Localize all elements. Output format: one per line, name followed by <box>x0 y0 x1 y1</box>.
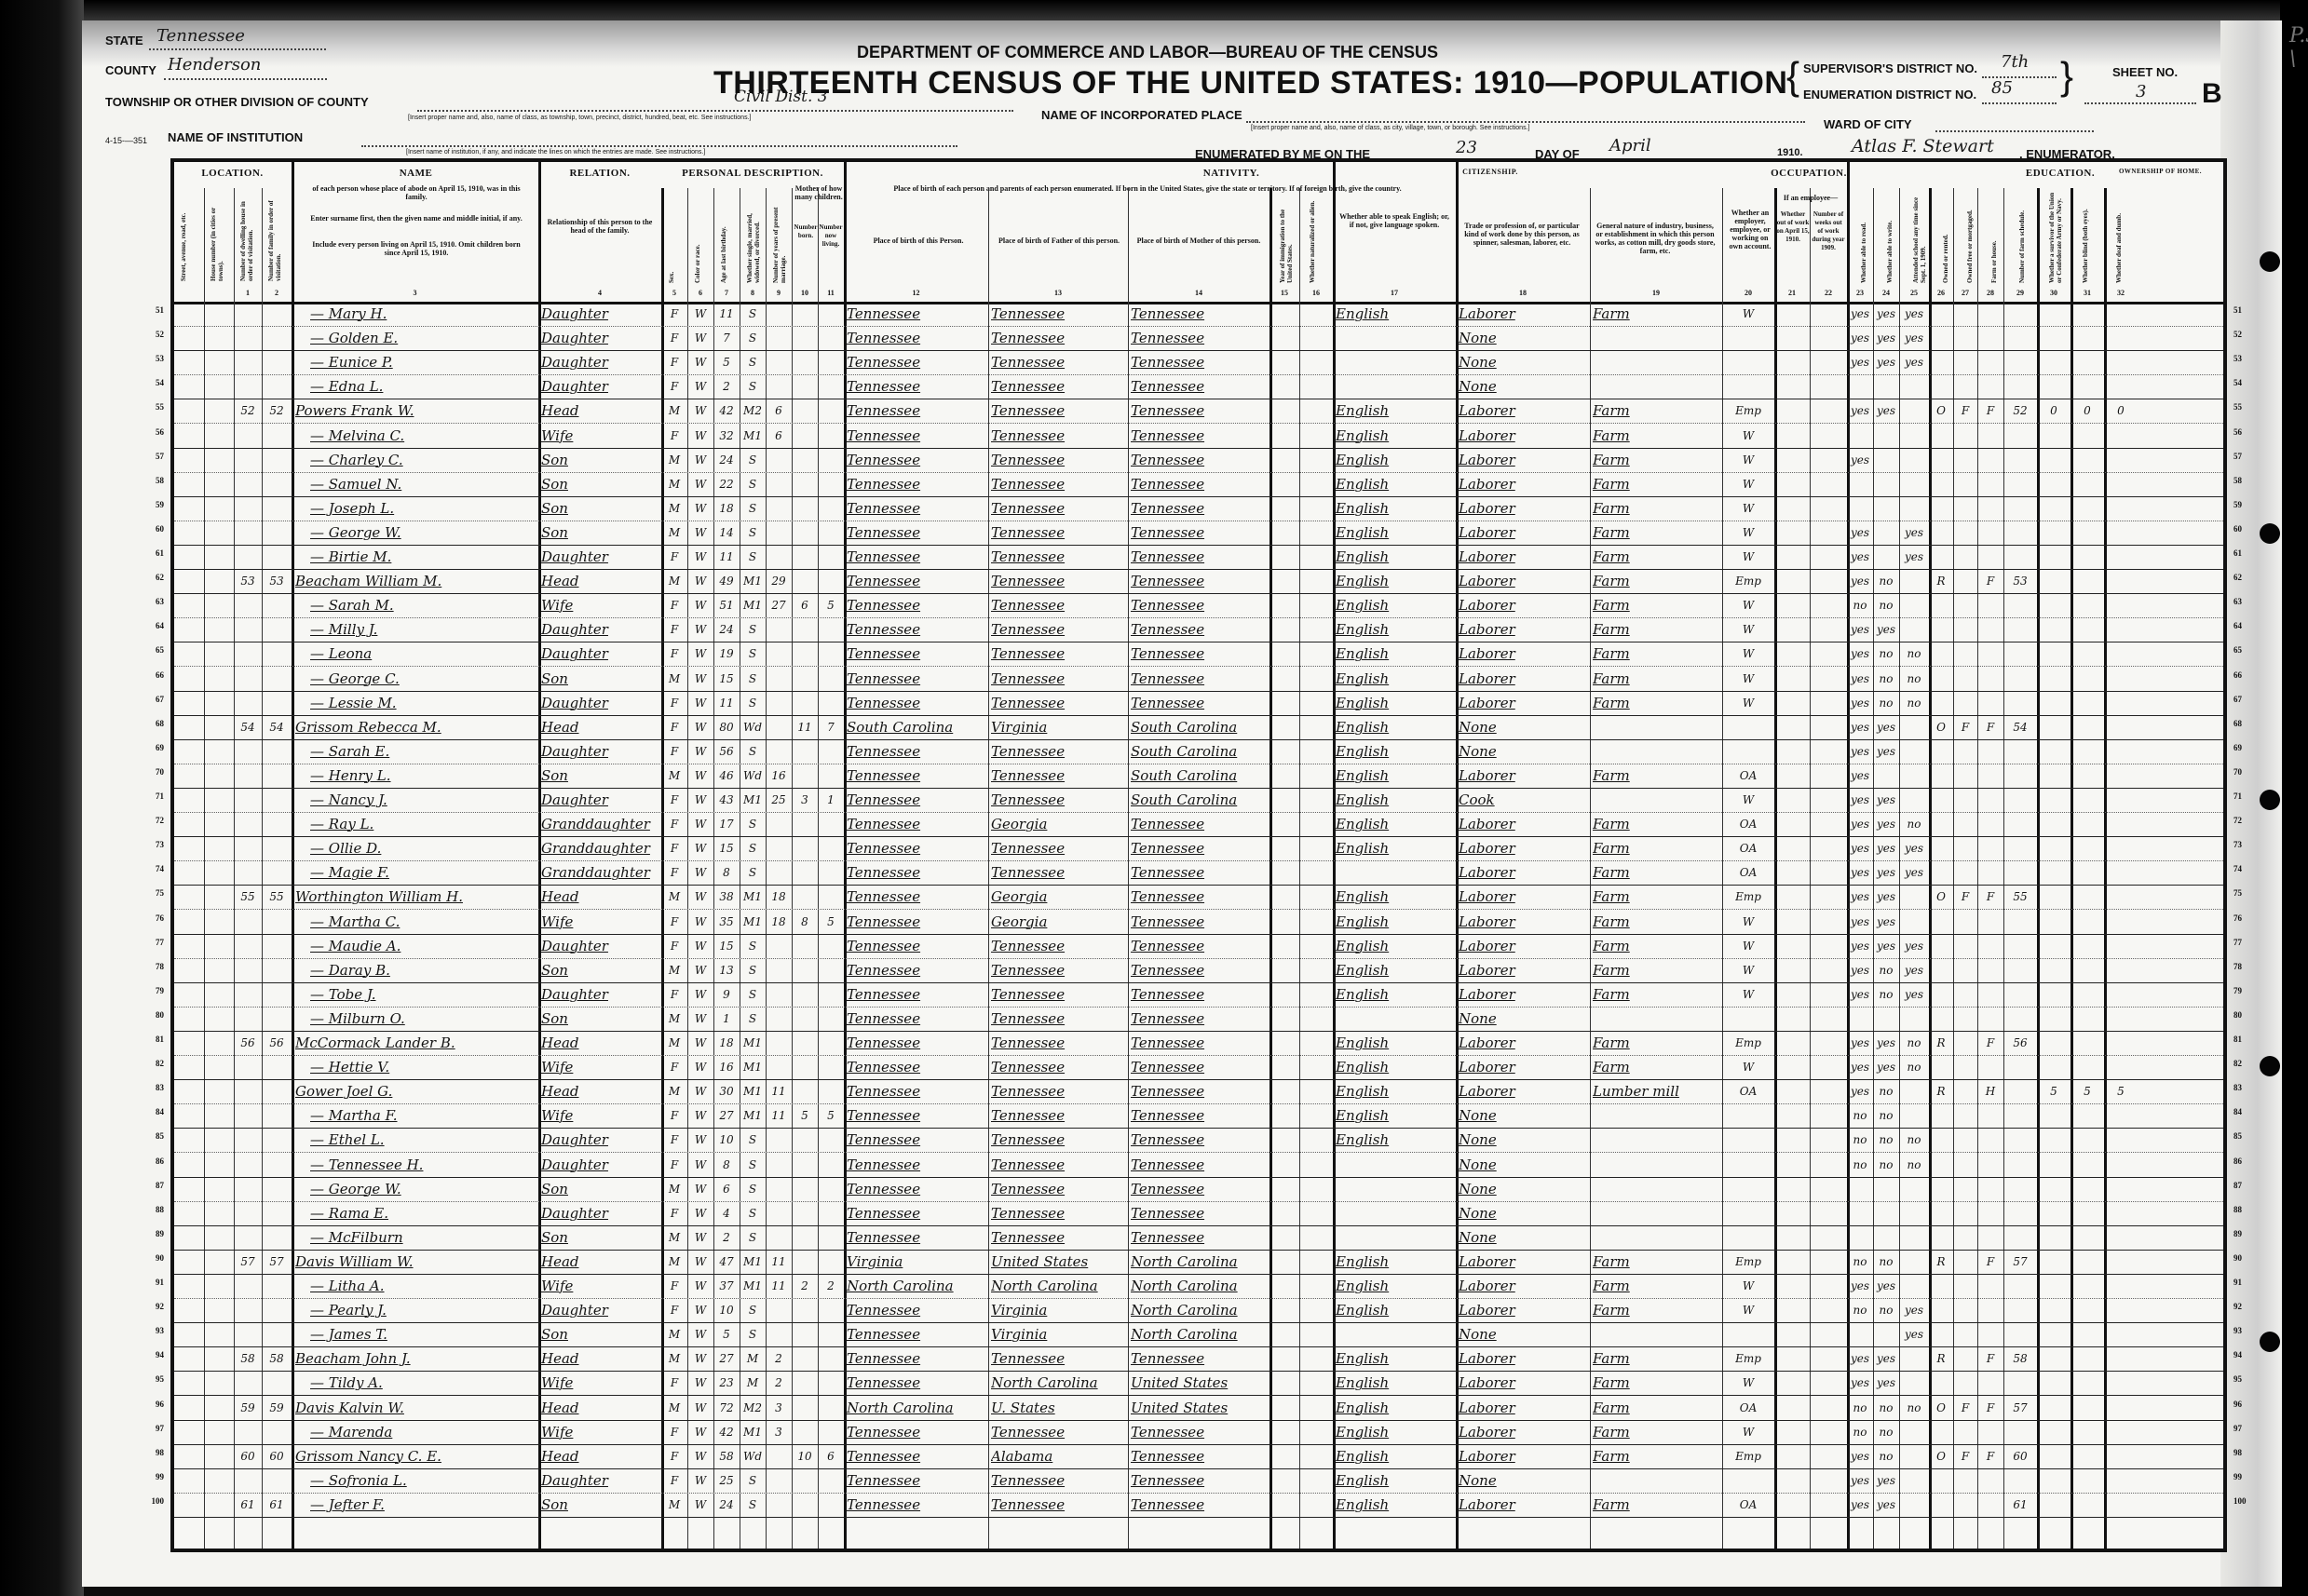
cell-relation: Son <box>541 960 658 981</box>
cell-name: Beacham John J. <box>295 1348 520 1369</box>
cell-yrs: 29 <box>768 571 789 591</box>
line-number: 91 <box>2233 1278 2258 1287</box>
cell-industry: Farm <box>1593 1398 1719 1418</box>
cell-age: 11 <box>716 693 737 713</box>
table-row: — Birtie M.DaughterFW11STennesseeTenness… <box>174 545 2223 570</box>
table-row: — Eunice P.DaughterFW5STennesseeTennesse… <box>174 350 2223 375</box>
cell-bpf: Tennessee <box>991 1057 1125 1077</box>
column-number: 19 <box>1590 289 1722 297</box>
cell-family: 56 <box>265 1033 289 1053</box>
column-number: 18 <box>1456 289 1590 297</box>
cell-sched: 61 <box>2006 1495 2034 1515</box>
cell-bpf: Virginia <box>991 717 1125 737</box>
cell-bp: Tennessee <box>847 571 985 591</box>
line-number: 86 <box>2233 1156 2258 1166</box>
cell-lang: English <box>1336 1348 1453 1369</box>
table-row: — Maudie A.DaughterFW15STennesseeTenness… <box>174 934 2223 959</box>
table-row: — Rama E.DaughterFW4STennesseeTennesseeT… <box>174 1201 2223 1226</box>
line-number: 62 <box>140 573 164 582</box>
cell-color: W <box>690 912 711 932</box>
incorporated-place-line <box>1246 121 1805 123</box>
line-number: 89 <box>2233 1229 2258 1238</box>
cell-name: — Sarah E. <box>310 741 535 762</box>
line-number: 53 <box>140 354 164 363</box>
cell-age: 27 <box>716 1348 737 1369</box>
cell-bp: Tennessee <box>847 1129 985 1150</box>
cell-trade: None <box>1459 328 1587 348</box>
cell-age: 35 <box>716 912 737 932</box>
cell-trade: None <box>1459 1470 1587 1491</box>
group-personal: Personal Description. <box>661 168 844 179</box>
line-number: 52 <box>2233 330 2258 339</box>
cell-yrs: 18 <box>768 886 789 907</box>
line-number: 88 <box>2233 1205 2258 1214</box>
cell-yrs: 11 <box>768 1081 789 1102</box>
cell-bp: Tennessee <box>847 765 985 786</box>
cell-bpf: Tennessee <box>991 1008 1125 1029</box>
cell-marital: M1 <box>742 1033 763 1053</box>
table-row: — Milly J.DaughterFW24STennesseeTennesse… <box>174 617 2223 642</box>
cell-living: 7 <box>821 717 841 737</box>
table-row: 5454Grissom Rebecca M.HeadFW80Wd117South… <box>174 715 2223 740</box>
cell-lang: English <box>1336 1251 1453 1272</box>
enumeration-label: Enumeration District No. <box>1803 88 1976 101</box>
cell-bpf: Virginia <box>991 1300 1125 1320</box>
line-number: 96 <box>2233 1400 2258 1409</box>
line-number: 98 <box>2233 1448 2258 1457</box>
cell-age: 15 <box>716 838 737 859</box>
cell-read: yes <box>1850 717 1870 737</box>
cell-lang: English <box>1336 984 1453 1005</box>
cell-own: R <box>1932 1348 1950 1369</box>
cell-trade: None <box>1459 1155 1587 1175</box>
cell-color: W <box>690 1495 711 1515</box>
cell-bp: Tennessee <box>847 693 985 713</box>
table-row: — Tobe J.DaughterFW9STennesseeTennesseeT… <box>174 982 2223 1008</box>
cell-marital: M1 <box>742 790 763 810</box>
cell-read: yes <box>1850 1081 1870 1102</box>
cell-write: yes <box>1876 814 1896 834</box>
cell-name: — Tobe J. <box>310 984 535 1005</box>
cell-dwelling: 56 <box>237 1033 259 1053</box>
column-number: 25 <box>1899 289 1929 297</box>
cell-bpf: Georgia <box>991 912 1125 932</box>
line-number: 82 <box>2233 1059 2258 1068</box>
cell-bpm: Tennessee <box>1131 547 1267 567</box>
cell-own: O <box>1932 1398 1950 1418</box>
cell-age: 46 <box>716 765 737 786</box>
cell-age: 19 <box>716 643 737 664</box>
table-row: — Tildy A.WifeFW23M2TennesseeNorth Carol… <box>174 1371 2223 1396</box>
cell-color: W <box>690 1398 711 1418</box>
cell-relation: Daughter <box>541 352 658 372</box>
cell-marital: S <box>742 1324 763 1345</box>
cell-color: W <box>690 1155 711 1175</box>
line-number: 98 <box>140 1448 164 1457</box>
cell-school: no <box>1902 669 1926 689</box>
cell-bpf: Tennessee <box>991 1422 1125 1442</box>
cell-read: no <box>1850 1422 1870 1442</box>
cell-born: 8 <box>794 912 815 932</box>
column-number: 12 <box>844 289 988 297</box>
cell-trade: Laborer <box>1459 765 1587 786</box>
cell-bpm: Tennessee <box>1131 1470 1267 1491</box>
cell-lang: English <box>1336 717 1453 737</box>
cell-school: yes <box>1902 1324 1926 1345</box>
header-years-married: Number of years of present marriage. <box>772 190 787 283</box>
cell-marital: S <box>742 936 763 956</box>
cell-read: no <box>1850 1105 1870 1126</box>
cell-bpm: Tennessee <box>1131 643 1267 664</box>
cell-relation: Son <box>541 498 658 519</box>
header-birth-father: Place of birth of Father of this person. <box>994 237 1124 245</box>
line-number: 87 <box>140 1181 164 1190</box>
cell-sex: M <box>664 1179 685 1199</box>
cell-emp: W <box>1725 1422 1772 1442</box>
cell-write: no <box>1876 1398 1896 1418</box>
cell-sex: M <box>664 498 685 519</box>
cell-sex: F <box>664 984 685 1005</box>
cell-bpm: North Carolina <box>1131 1276 1267 1296</box>
cell-age: 43 <box>716 790 737 810</box>
cell-marital: M1 <box>742 595 763 615</box>
cell-bpm: Tennessee <box>1131 862 1267 883</box>
cell-write: yes <box>1876 741 1896 762</box>
cell-industry: Farm <box>1593 1446 1719 1467</box>
line-number: 88 <box>140 1205 164 1214</box>
cell-bpm: South Carolina <box>1131 790 1267 810</box>
line-number: 100 <box>140 1496 164 1506</box>
cell-marital: S <box>742 304 763 324</box>
line-number: 79 <box>140 986 164 995</box>
cell-bpf: Tennessee <box>991 450 1125 470</box>
cell-read: yes <box>1850 960 1870 981</box>
cell-born: 10 <box>794 1446 815 1467</box>
cell-bpf: Tennessee <box>991 1227 1125 1248</box>
table-row: — McFilburnSonMW2STennesseeTennesseeTenn… <box>174 1225 2223 1251</box>
cell-marital: M1 <box>742 1251 763 1272</box>
cell-yrs: 18 <box>768 912 789 932</box>
cell-lang: English <box>1336 790 1453 810</box>
cell-write: yes <box>1876 936 1896 956</box>
cell-lang: English <box>1336 886 1453 907</box>
cell-color: W <box>690 376 711 397</box>
township-label: Township or other division of county <box>105 95 369 109</box>
cell-bpm: Tennessee <box>1131 522 1267 543</box>
cell-bpf: Tennessee <box>991 765 1125 786</box>
line-number: 66 <box>140 670 164 680</box>
cell-bpm: South Carolina <box>1131 765 1267 786</box>
cell-bpm: Tennessee <box>1131 669 1267 689</box>
enumeration-value: 85 <box>1991 78 2013 98</box>
cell-relation: Daughter <box>541 984 658 1005</box>
cell-sex: F <box>664 1129 685 1150</box>
cell-read: yes <box>1850 1373 1870 1393</box>
cell-school: yes <box>1902 862 1926 883</box>
cell-sex: F <box>664 1276 685 1296</box>
cell-trade: None <box>1459 1203 1587 1224</box>
cell-read: yes <box>1850 1033 1870 1053</box>
line-number: 94 <box>2233 1350 2258 1359</box>
cell-trade: Laborer <box>1459 571 1587 591</box>
table-row: — Litha A.WifeFW37M11122North CarolinaNo… <box>174 1274 2223 1299</box>
header-birth-mother: Place of birth of Mother of this person. <box>1134 237 1264 245</box>
cell-trade: Laborer <box>1459 595 1587 615</box>
cell-sex: F <box>664 328 685 348</box>
line-number: 68 <box>2233 719 2258 728</box>
cell-born: 2 <box>794 1276 815 1296</box>
cell-bpf: Tennessee <box>991 960 1125 981</box>
cell-bp: Tennessee <box>847 1300 985 1320</box>
cell-industry: Farm <box>1593 643 1719 664</box>
bracket-right: } <box>2060 54 2073 99</box>
cell-sex: F <box>664 862 685 883</box>
cell-free: F <box>1956 1446 1975 1467</box>
cell-bp: Tennessee <box>847 838 985 859</box>
cell-trade: None <box>1459 717 1587 737</box>
cell-name: — Jefter F. <box>310 1495 535 1515</box>
cell-bpf: Tennessee <box>991 1105 1125 1126</box>
cell-color: W <box>690 765 711 786</box>
table-row: — Daray B.SonMW13STennesseeTennesseeTenn… <box>174 958 2223 983</box>
cell-yrs: 6 <box>768 400 789 421</box>
cell-emp: W <box>1725 984 1772 1005</box>
cell-color: W <box>690 1348 711 1369</box>
sheet-line <box>2084 102 2196 104</box>
cell-bpm: Tennessee <box>1131 1129 1267 1150</box>
cell-dwelling: 59 <box>237 1398 259 1418</box>
table-row: — Joseph L.SonMW18STennesseeTennesseeTen… <box>174 496 2223 521</box>
cell-bp: Tennessee <box>847 643 985 664</box>
cell-sex: F <box>664 741 685 762</box>
column-number: 29 <box>2003 289 2037 297</box>
column-number: 28 <box>1977 289 2003 297</box>
line-number: 62 <box>2233 573 2258 582</box>
cell-name: — Martha C. <box>310 912 535 932</box>
cell-marital: Wd <box>742 717 763 737</box>
line-number: 78 <box>140 962 164 971</box>
cell-lang: English <box>1336 960 1453 981</box>
cell-sex: F <box>664 1470 685 1491</box>
cell-trade: Laborer <box>1459 862 1587 883</box>
cell-marital: S <box>742 1129 763 1150</box>
cell-sex: M <box>664 1398 685 1418</box>
cell-sex: F <box>664 693 685 713</box>
cell-age: 11 <box>716 304 737 324</box>
cell-marital: S <box>742 352 763 372</box>
cell-free: F <box>1956 1398 1975 1418</box>
cell-bpm: Tennessee <box>1131 984 1267 1005</box>
cell-trade: Laborer <box>1459 1033 1587 1053</box>
cell-emp: Emp <box>1725 571 1772 591</box>
cell-bpf: Tennessee <box>991 936 1125 956</box>
cell-bpm: Tennessee <box>1131 1227 1267 1248</box>
cell-emp: W <box>1725 643 1772 664</box>
cell-relation: Granddaughter <box>541 814 658 834</box>
cell-name: — George C. <box>310 669 535 689</box>
line-number: 61 <box>2233 548 2258 558</box>
cell-trade: None <box>1459 1227 1587 1248</box>
cell-emp: W <box>1725 1057 1772 1077</box>
cell-bpf: Tennessee <box>991 838 1125 859</box>
cell-sex: F <box>664 1422 685 1442</box>
cell-color: W <box>690 814 711 834</box>
cell-sex: M <box>664 1324 685 1345</box>
cell-write: yes <box>1876 912 1896 932</box>
cell-sex: F <box>664 1203 685 1224</box>
cell-name: — Marenda <box>310 1422 535 1442</box>
cell-bp: Tennessee <box>847 1227 985 1248</box>
line-number: 79 <box>2233 986 2258 995</box>
cell-name: — Sarah M. <box>310 595 535 615</box>
cell-sex: M <box>664 474 685 494</box>
cell-relation: Head <box>541 1081 658 1102</box>
cell-bpf: United States <box>991 1251 1125 1272</box>
line-number: 71 <box>2233 791 2258 801</box>
cell-sex: M <box>664 1251 685 1272</box>
cell-lang: English <box>1336 450 1453 470</box>
cell-color: W <box>690 1251 711 1272</box>
line-number: 96 <box>140 1400 164 1409</box>
cell-marital: S <box>742 838 763 859</box>
cell-bpf: Tennessee <box>991 643 1125 664</box>
cell-bp: Tennessee <box>847 984 985 1005</box>
cell-fh: F <box>1980 1251 2001 1272</box>
cell-age: 1 <box>716 1008 737 1029</box>
cell-bpf: Tennessee <box>991 619 1125 640</box>
cell-industry: Farm <box>1593 1373 1719 1393</box>
cell-industry: Farm <box>1593 522 1719 543</box>
cell-age: 5 <box>716 352 737 372</box>
cell-emp: OA <box>1725 814 1772 834</box>
cell-age: 15 <box>716 669 737 689</box>
cell-industry: Farm <box>1593 669 1719 689</box>
cell-read: yes <box>1850 912 1870 932</box>
cell-write: no <box>1876 960 1896 981</box>
cell-read: yes <box>1850 1495 1870 1515</box>
table-row: 5757Davis William W.HeadMW47M111Virginia… <box>174 1250 2223 1275</box>
cell-read: yes <box>1850 1348 1870 1369</box>
cell-trade: None <box>1459 1324 1587 1345</box>
cell-bpf: Tennessee <box>991 1348 1125 1369</box>
cell-emp: OA <box>1725 1081 1772 1102</box>
line-number: 90 <box>2233 1253 2258 1263</box>
punch-hole <box>2260 1332 2280 1352</box>
line-number: 81 <box>2233 1035 2258 1044</box>
cell-trade: None <box>1459 1179 1587 1199</box>
table-row: — Mary H.DaughterFW11STennesseeTennessee… <box>174 302 2223 327</box>
cell-industry: Farm <box>1593 1495 1719 1515</box>
header-school: Attended school any time since Sept. 1, … <box>1912 190 1927 283</box>
state-line <box>149 48 326 50</box>
cell-age: 42 <box>716 1422 737 1442</box>
cell-color: W <box>690 595 711 615</box>
cell-bp: Tennessee <box>847 790 985 810</box>
cell-born: 3 <box>794 790 815 810</box>
cell-name: — Tennessee H. <box>310 1155 535 1175</box>
cell-emp: OA <box>1725 765 1772 786</box>
cell-sex: F <box>664 304 685 324</box>
cell-write: yes <box>1876 838 1896 859</box>
punch-hole <box>2260 1056 2280 1076</box>
cell-color: W <box>690 1203 711 1224</box>
header-relation-desc: Relationship of this person to the head … <box>545 218 655 235</box>
cell-living: 1 <box>821 790 841 810</box>
table-row: — Sarah M.WifeFW51M12765TennesseeTenness… <box>174 593 2223 618</box>
line-number: 77 <box>2233 938 2258 947</box>
cell-deaf: 0 <box>2107 400 2135 421</box>
cell-own: O <box>1932 886 1950 907</box>
cell-age: 24 <box>716 619 737 640</box>
cell-industry: Farm <box>1593 838 1719 859</box>
line-number: 97 <box>2233 1424 2258 1433</box>
cell-lang: English <box>1336 765 1453 786</box>
scan-border-right <box>2280 0 2308 1596</box>
cell-name: — Edna L. <box>310 376 535 397</box>
cell-age: 72 <box>716 1398 737 1418</box>
cell-relation: Granddaughter <box>541 862 658 883</box>
cell-blind: 5 <box>2073 1081 2101 1102</box>
cell-family: 54 <box>265 717 289 737</box>
table-row: — Milburn O.SonMW1STennesseeTennesseeTen… <box>174 1007 2223 1032</box>
cell-own: R <box>1932 1081 1950 1102</box>
cell-sex: F <box>664 619 685 640</box>
cell-marital: S <box>742 1495 763 1515</box>
cell-relation: Son <box>541 1227 658 1248</box>
cell-bpf: Tennessee <box>991 304 1125 324</box>
department-heading: Department of Commerce and Labor—Bureau … <box>857 43 1438 62</box>
cell-bpm: Tennessee <box>1131 838 1267 859</box>
cell-read: yes <box>1850 814 1870 834</box>
cell-bp: Tennessee <box>847 741 985 762</box>
cell-own: R <box>1932 571 1950 591</box>
cell-fh: F <box>1980 1348 2001 1369</box>
cell-sex: F <box>664 1057 685 1077</box>
cell-relation: Head <box>541 886 658 907</box>
cell-name: — Golden E. <box>310 328 535 348</box>
cell-marital: S <box>742 498 763 519</box>
cell-age: 38 <box>716 886 737 907</box>
header-living: Number now living. <box>819 223 843 249</box>
cell-read: yes <box>1850 984 1870 1005</box>
township-instructions: [Insert proper name and, also, name of c… <box>408 115 751 121</box>
cell-write: no <box>1876 1081 1896 1102</box>
cell-industry: Farm <box>1593 886 1719 907</box>
cell-lang: English <box>1336 814 1453 834</box>
cell-free: F <box>1956 717 1975 737</box>
cell-sex: F <box>664 1373 685 1393</box>
cell-age: 37 <box>716 1276 737 1296</box>
header-industry: General nature of industry, business, or… <box>1595 222 1716 255</box>
line-number: 93 <box>2233 1326 2258 1335</box>
cell-sex: M <box>664 1008 685 1029</box>
cell-bp: Tennessee <box>847 376 985 397</box>
cell-family: 53 <box>265 571 289 591</box>
cell-bpf: Tennessee <box>991 1155 1125 1175</box>
cell-age: 58 <box>716 1446 737 1467</box>
cell-marital: S <box>742 669 763 689</box>
cell-school: no <box>1902 1155 1926 1175</box>
cell-industry: Farm <box>1593 1276 1719 1296</box>
header-free-mortgaged: Owned free or mortgaged. <box>1966 190 1974 283</box>
cell-fh: F <box>1980 1446 2001 1467</box>
cell-industry: Farm <box>1593 1251 1719 1272</box>
cell-sex: F <box>664 547 685 567</box>
cell-write: no <box>1876 1129 1896 1150</box>
group-relation: Relation. <box>540 168 659 179</box>
header-deaf: Whether deaf and dumb. <box>2115 190 2123 283</box>
cell-lang: English <box>1336 912 1453 932</box>
